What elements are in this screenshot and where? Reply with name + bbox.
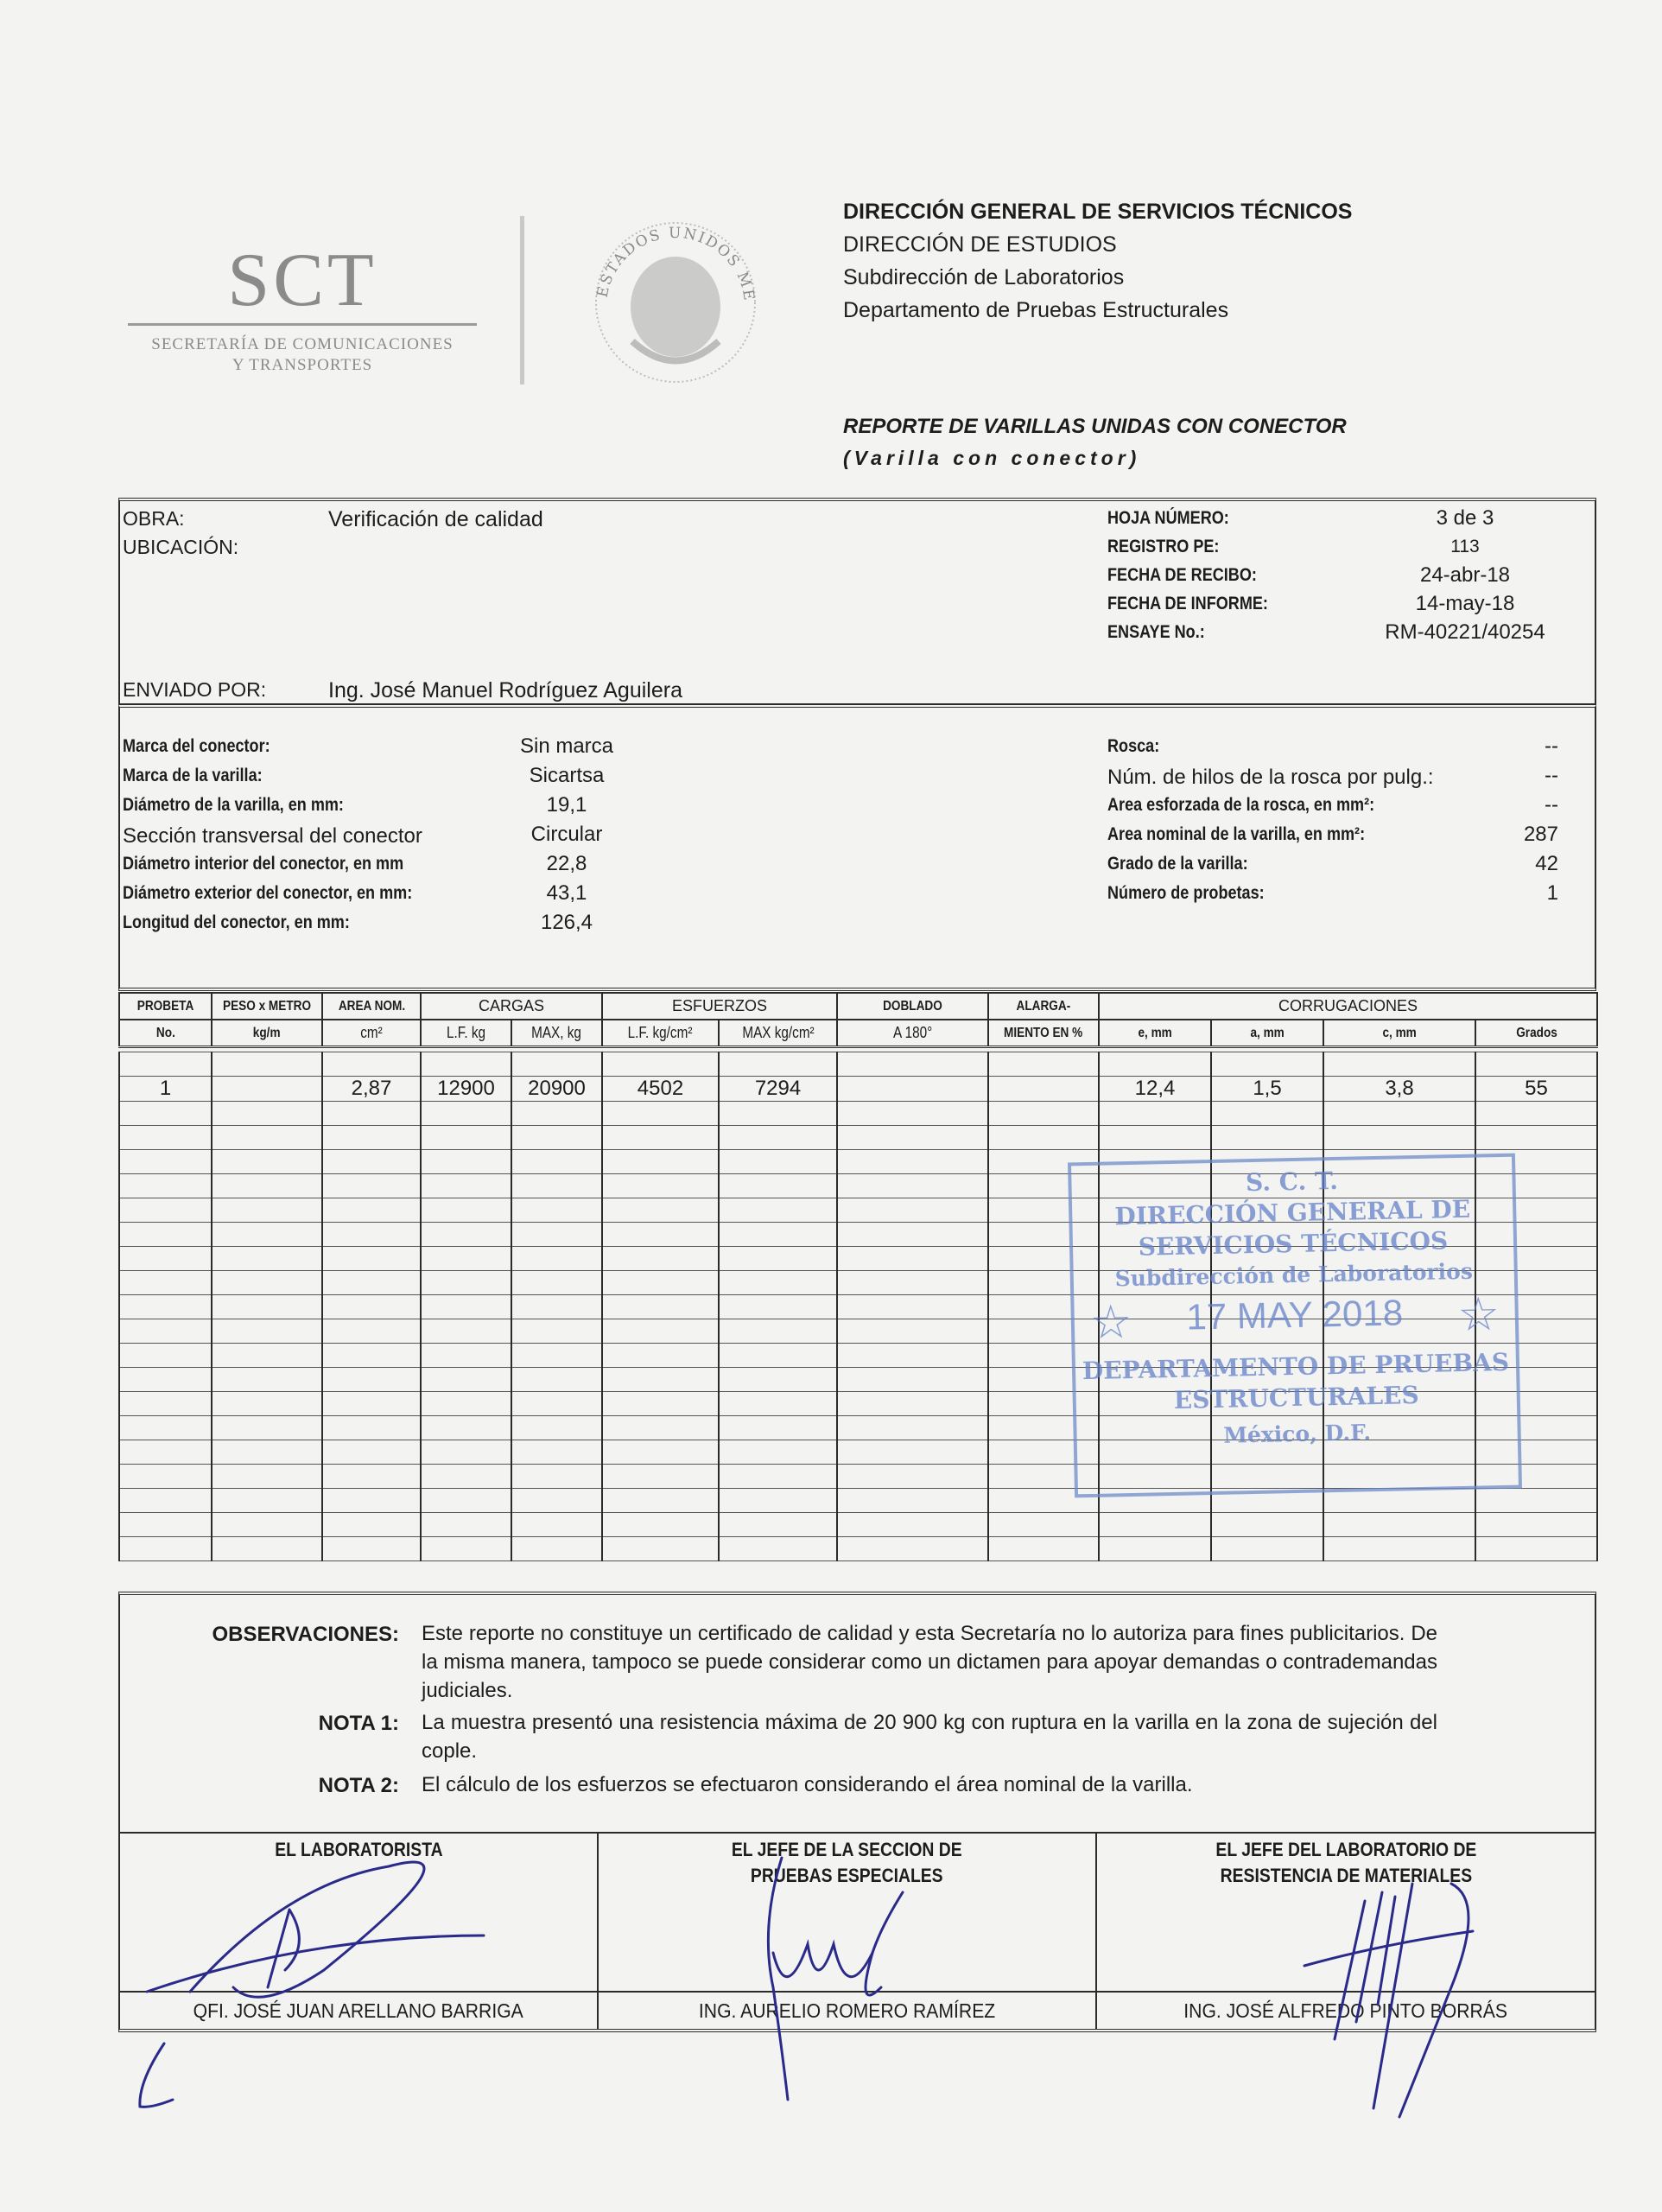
signature-2-icon (768, 1858, 903, 2100)
handwritten-signatures (0, 0, 1662, 2212)
signature-1-icon (147, 1862, 484, 1997)
signature-3-icon (1304, 1884, 1473, 2117)
handwritten-mark-icon (140, 2044, 173, 2107)
